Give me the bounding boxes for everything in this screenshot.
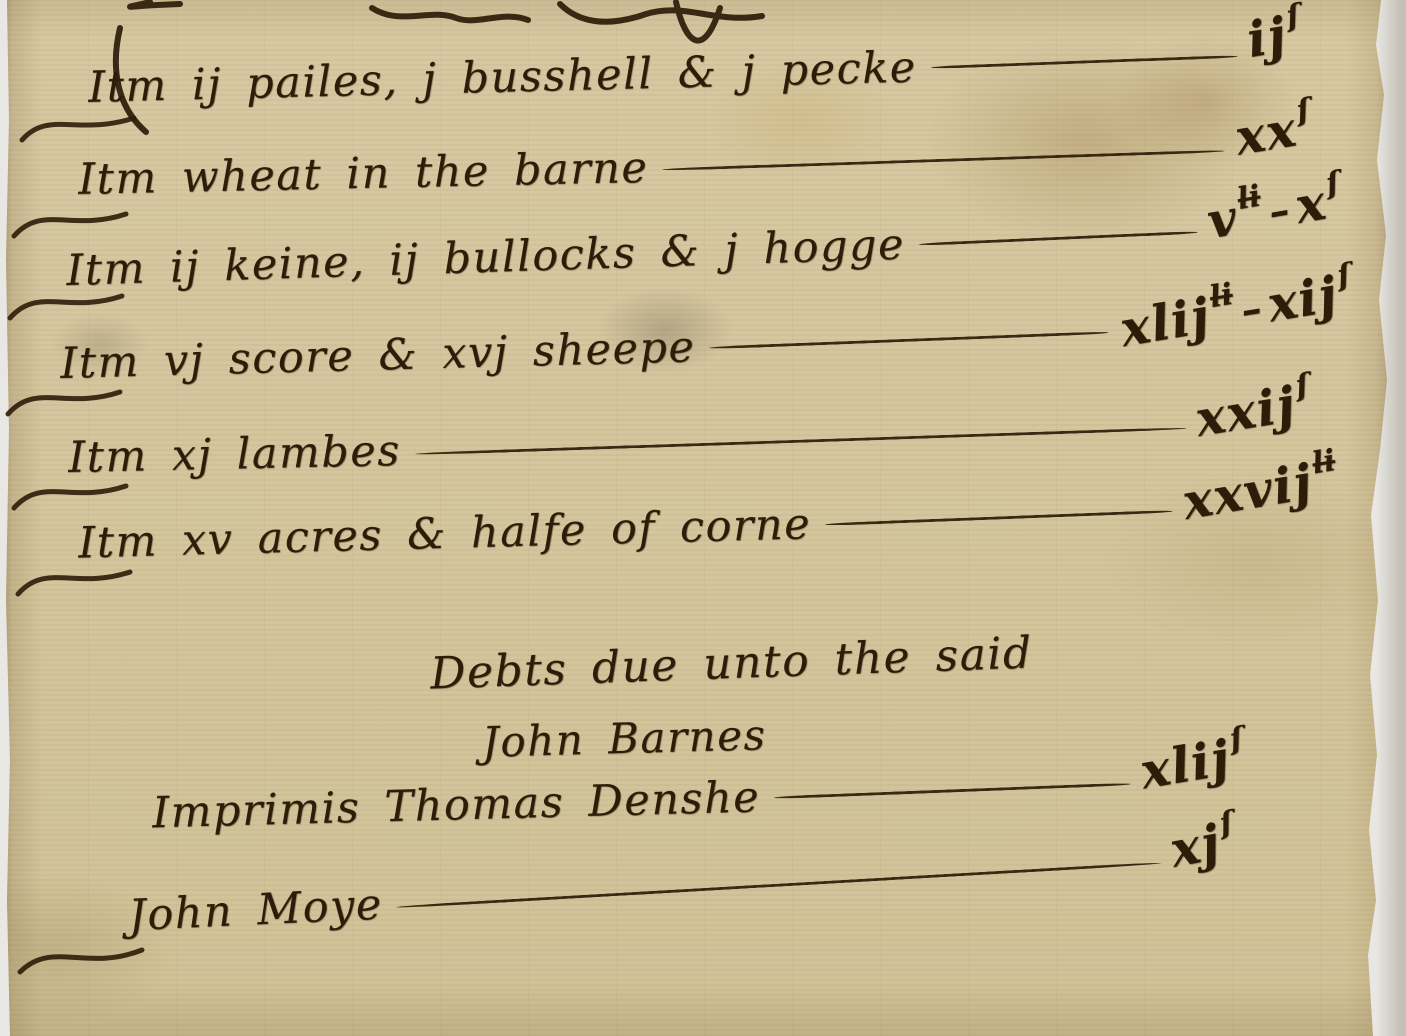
leader-line <box>774 770 1131 809</box>
amount-value: xj <box>1167 818 1225 875</box>
leader-line <box>825 497 1174 536</box>
amount-value: xlij <box>1137 733 1234 796</box>
item-text: Itm xj lambes <box>68 428 402 482</box>
amount: xjſ <box>1167 815 1241 875</box>
amount-value: ij <box>1243 10 1290 65</box>
leader-line <box>930 42 1238 79</box>
leader-line <box>414 417 1186 463</box>
amount: ijſ <box>1243 8 1306 65</box>
amount-separator: – <box>1265 186 1294 236</box>
currency-unit-pounds: li <box>1207 280 1234 313</box>
amount-separator: – <box>1237 284 1266 334</box>
amount-value: xx <box>1232 105 1300 163</box>
amount-value: v <box>1204 193 1242 246</box>
amount-value: xxij <box>1193 380 1300 444</box>
amount: xlijſ <box>1137 731 1250 797</box>
debtor-text: John Moye <box>128 881 384 940</box>
leader-line <box>918 218 1198 257</box>
amount-value: xij <box>1264 270 1341 330</box>
amount: xxijſ <box>1193 377 1316 444</box>
leader-line <box>662 138 1226 180</box>
currency-unit-pounds: li <box>1235 182 1263 215</box>
leader-line <box>709 318 1110 358</box>
amount-value: xlij <box>1116 291 1213 354</box>
creditor-name: John Barnes <box>481 710 767 766</box>
amount: xxſ <box>1232 102 1316 163</box>
amount-value: x <box>1292 178 1331 232</box>
